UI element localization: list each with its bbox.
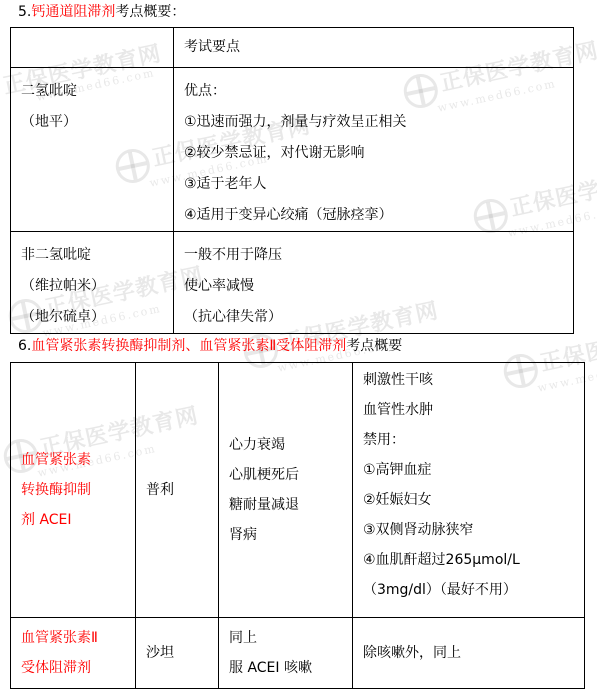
note-line: 禁用： — [363, 425, 574, 455]
class-name: 血管紧张素 — [21, 445, 125, 475]
points-cell: 优点： ①迅速而强力，剂量与疗效呈正相关 ②较少禁忌证，对代谢无影响 ③适于老年… — [174, 68, 574, 232]
point-line: （抗心律失常） — [184, 302, 563, 333]
note-line: ①高钾血症 — [363, 455, 574, 485]
note-line: （3mg/dl）（最好不用） — [363, 575, 574, 605]
note-line: ④血肌酐超过265μmol/L — [363, 545, 574, 575]
drug-example: （维拉帕米） — [21, 271, 163, 302]
section6-heading: 6.血管紧张素转换酶抑制剂、血管紧张素Ⅱ受体阻滞剂考点概要 — [18, 336, 402, 356]
point-line: 一般不用于降压 — [184, 240, 563, 271]
points-cell: 一般不用于降压 使心率减慢 （抗心律失常） — [174, 232, 574, 334]
class-cell: 血管紧张素Ⅱ 受体阻滞剂 — [11, 618, 136, 689]
drug-suffix: 沙坦 — [146, 638, 208, 668]
drug-suffix: 普利 — [146, 475, 208, 505]
section6-number: 6. — [18, 338, 31, 354]
indications-cell: 心力衰竭 心肌梗死后 糖耐量减退 肾病 — [219, 363, 353, 618]
header-cell-key-points: 考试要点 — [174, 28, 574, 68]
note-line: 除咳嗽外，同上 — [363, 638, 574, 668]
class-name: 剂 ACEI — [21, 505, 125, 535]
suffix-cell: 普利 — [136, 363, 219, 618]
drug-name: 非二氢吡啶 — [21, 240, 163, 271]
point-line: 使心率减慢 — [184, 271, 563, 302]
note-line: ②妊娠妇女 — [363, 485, 574, 515]
class-name: 转换酶抑制 — [21, 475, 125, 505]
suffix-cell: 沙坦 — [136, 618, 219, 689]
section6-title-suffix: 考点概要 — [346, 338, 402, 354]
class-name: 血管紧张素Ⅱ — [21, 623, 125, 653]
table-row: 血管紧张素Ⅱ 受体阻滞剂 沙坦 同上 服 ACEI 咳嗽 除咳嗽外，同上 — [11, 618, 585, 689]
indication-line: 糖耐量减退 — [229, 490, 342, 520]
section6-title-highlight: 血管紧张素转换酶抑制剂、血管紧张素Ⅱ受体阻滞剂 — [31, 338, 346, 354]
note-line: 血管性水肿 — [363, 395, 574, 425]
indication-line: 同上 — [229, 623, 342, 653]
table-row: 二氢吡啶 （地平） 优点： ①迅速而强力，剂量与疗效呈正相关 ②较少禁忌证，对代… — [11, 68, 574, 232]
section5-number: 5. — [18, 4, 31, 20]
notes-cell: 除咳嗽外，同上 — [353, 618, 585, 689]
section5-title-suffix: 考点概要： — [115, 4, 185, 20]
class-name: 受体阻滞剂 — [21, 653, 125, 683]
indication-line: 心肌梗死后 — [229, 460, 342, 490]
indication-line: 肾病 — [229, 520, 342, 550]
drug-example: （地尔硫卓） — [21, 302, 163, 333]
point-line: ③适于老年人 — [184, 169, 563, 200]
drug-cell: 二氢吡啶 （地平） — [11, 68, 174, 232]
header-cell-empty — [11, 28, 174, 68]
indication-line: 服 ACEI 咳嗽 — [229, 653, 342, 683]
point-line: 优点： — [184, 76, 563, 107]
acei-arb-table: 血管紧张素 转换酶抑制 剂 ACEI 普利 心力衰竭 心肌梗死后 糖耐量减退 肾… — [10, 362, 585, 689]
section5-heading: 5.钙通道阻滞剂考点概要： — [18, 2, 185, 22]
table-header-row: 考试要点 — [11, 28, 574, 68]
point-line: ②较少禁忌证，对代谢无影响 — [184, 138, 563, 169]
section5-title-highlight: 钙通道阻滞剂 — [31, 4, 115, 20]
class-cell: 血管紧张素 转换酶抑制 剂 ACEI — [11, 363, 136, 618]
point-line: ④适用于变异心绞痛（冠脉痉挛） — [184, 200, 563, 231]
note-line: ③双侧肾动脉狭窄 — [363, 515, 574, 545]
ccb-table: 考试要点 二氢吡啶 （地平） 优点： ①迅速而强力，剂量与疗效呈正相关 ②较少禁… — [10, 27, 574, 334]
drug-cell: 非二氢吡啶 （维拉帕米） （地尔硫卓） — [11, 232, 174, 334]
notes-cell: 刺激性干咳 血管性水肿 禁用： ①高钾血症 ②妊娠妇女 ③双侧肾动脉狭窄 ④血肌… — [353, 363, 585, 618]
drug-example: （地平） — [21, 107, 163, 138]
drug-name: 二氢吡啶 — [21, 76, 163, 107]
note-line: 刺激性干咳 — [363, 365, 574, 395]
point-line: ①迅速而强力，剂量与疗效呈正相关 — [184, 107, 563, 138]
table-row: 血管紧张素 转换酶抑制 剂 ACEI 普利 心力衰竭 心肌梗死后 糖耐量减退 肾… — [11, 363, 585, 618]
table-row: 非二氢吡啶 （维拉帕米） （地尔硫卓） 一般不用于降压 使心率减慢 （抗心律失常… — [11, 232, 574, 334]
indication-line: 心力衰竭 — [229, 430, 342, 460]
indications-cell: 同上 服 ACEI 咳嗽 — [219, 618, 353, 689]
